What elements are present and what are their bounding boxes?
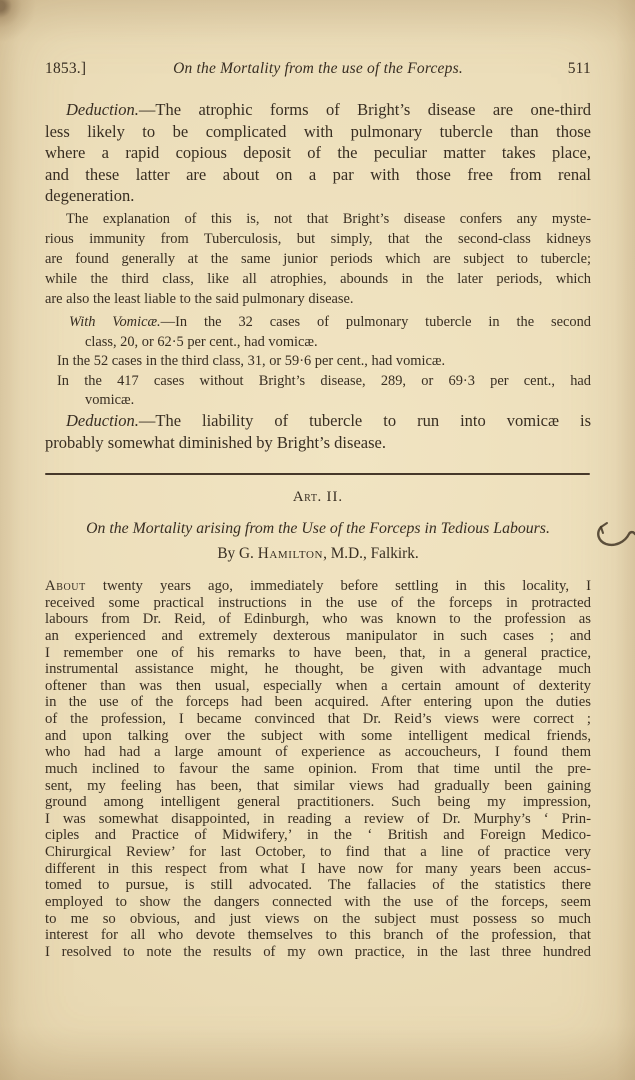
text-line: tomed to pursue, is still advocated. The… bbox=[45, 877, 591, 894]
text-run: —The liability of tubercle to run into v… bbox=[139, 411, 591, 430]
text-line: are also the least liable to the said pu… bbox=[45, 289, 591, 309]
text-run: much inclined to favour the same opinion… bbox=[45, 761, 591, 777]
text-run: different in this respect from what I ha… bbox=[45, 861, 591, 877]
text-run: , M.D., Falkirk. bbox=[323, 545, 419, 562]
text-run: —The atrophic forms of Bright’s disease … bbox=[139, 100, 591, 119]
text-line: rious immunity from Tuberculosis, but si… bbox=[45, 229, 591, 249]
text-line: much inclined to favour the same opinion… bbox=[45, 761, 591, 778]
text-run: received some practical instructions in … bbox=[45, 595, 591, 611]
text-line: I resolved to note the results of my own… bbox=[45, 944, 591, 961]
text-run: and these latter are about on a par with… bbox=[45, 165, 591, 184]
handwritten-pen-mark bbox=[594, 520, 635, 552]
text-line: different in this respect from what I ha… bbox=[45, 861, 591, 878]
text-run: to me so obvious, and just views on the … bbox=[45, 911, 591, 927]
italic-text: Deduction. bbox=[66, 100, 139, 119]
article-body: About twenty years ago, immediately befo… bbox=[45, 578, 591, 960]
text-line: labours from Dr. Reid, of Edinburgh, who… bbox=[45, 611, 591, 628]
text-line: employed to show the dangers connected w… bbox=[45, 894, 591, 911]
text-line: I was somewhat disappointed, in reading … bbox=[45, 811, 591, 828]
text-run: In the 417 cases without Bright’s diseas… bbox=[57, 373, 591, 389]
text-run: labours from Dr. Reid, of Edinburgh, who… bbox=[45, 611, 591, 627]
text-run: instrumental assistance might, he though… bbox=[45, 661, 591, 677]
text-line: On the Mortality arising from the Use of… bbox=[45, 520, 591, 538]
running-head: 1853.] On the Mortality from the use of … bbox=[45, 60, 591, 78]
text-line: degeneration. bbox=[45, 185, 591, 207]
text-run: ciples and Practice of Midwifery,’ in th… bbox=[45, 827, 591, 843]
text-run: and upon talking over the subject with s… bbox=[45, 728, 591, 744]
text-line: of the profession, I became convinced th… bbox=[45, 711, 591, 728]
article-byline: By G. Hamilton, M.D., Falkirk. bbox=[45, 545, 591, 563]
text-line: interest for all who devote themselves t… bbox=[45, 927, 591, 944]
text-line: ground among intelligent general practit… bbox=[45, 794, 591, 811]
text-run: II. bbox=[322, 489, 343, 505]
scanned-journal-page: 1853.] On the Mortality from the use of … bbox=[0, 0, 635, 1080]
text-run: I remember one of his remarks to have be… bbox=[45, 645, 591, 661]
text-line: The explanation of this is, not that Bri… bbox=[45, 209, 591, 229]
text-run: ground among intelligent general practit… bbox=[45, 794, 591, 810]
text-run: rious immunity from Tuberculosis, but si… bbox=[45, 231, 591, 247]
text-run: degeneration. bbox=[45, 186, 134, 205]
section-divider-rule bbox=[45, 473, 590, 475]
explanation-paragraph: The explanation of this is, not that Bri… bbox=[45, 209, 591, 309]
text-line: in the use of the forceps had been acqui… bbox=[45, 694, 591, 711]
article-heading: Art. II. bbox=[45, 489, 591, 506]
text-line: are found generally at the same junior p… bbox=[45, 249, 591, 269]
text-line: Art. II. bbox=[45, 489, 591, 506]
text-line: vomicæ. bbox=[57, 391, 591, 411]
text-run: while the third class, like all atrophie… bbox=[45, 271, 591, 287]
pen-mark-tip bbox=[601, 523, 607, 533]
text-run: employed to show the dangers connected w… bbox=[45, 894, 591, 910]
text-line: With Vomicæ.—In the 32 cases of pulmonar… bbox=[57, 313, 591, 333]
text-line: to me so obvious, and just views on the … bbox=[45, 911, 591, 928]
text-run: By G. bbox=[217, 545, 257, 562]
text-line: Deduction.—The liability of tubercle to … bbox=[45, 410, 591, 432]
text-line: instrumental assistance might, he though… bbox=[45, 661, 591, 678]
text-run: are also the least liable to the said pu… bbox=[45, 291, 354, 307]
text-run: sent, my feeling has been, that similar … bbox=[45, 778, 591, 794]
text-line: less likely to be complicated with pulmo… bbox=[45, 121, 591, 143]
text-line: Chirurgical Review’ for last October, to… bbox=[45, 844, 591, 861]
smallcaps-text: Hamilton bbox=[258, 545, 323, 562]
italic-text: With Vomicæ. bbox=[69, 314, 161, 330]
text-line: By G. Hamilton, M.D., Falkirk. bbox=[45, 545, 591, 563]
text-run: of the profession, I became convinced th… bbox=[45, 711, 591, 727]
text-line: oftener than was then usual, especially … bbox=[45, 678, 591, 695]
smallcaps-text: About bbox=[45, 578, 86, 594]
text-run: Chirurgical Review’ for last October, to… bbox=[45, 844, 591, 860]
text-line: and upon talking over the subject with s… bbox=[45, 728, 591, 745]
text-run: oftener than was then usual, especially … bbox=[45, 678, 591, 694]
text-line: probably somewhat diminished by Bright’s… bbox=[45, 432, 591, 454]
italic-text: On the Mortality arising from the Use of… bbox=[86, 520, 550, 537]
deduction-paragraph-2: Deduction.—The liability of tubercle to … bbox=[45, 410, 591, 453]
text-line: received some practical instructions in … bbox=[45, 595, 591, 612]
deduction-paragraph-1: Deduction.—The atrophic forms of Bright’… bbox=[45, 99, 591, 207]
smallcaps-text: Art. bbox=[293, 489, 322, 505]
text-run: an experienced and extremely dexterous m… bbox=[45, 628, 591, 644]
running-head-page-number: 511 bbox=[505, 60, 591, 78]
text-line: Deduction.—The atrophic forms of Bright’… bbox=[45, 99, 591, 121]
running-head-year: 1853.] bbox=[45, 60, 131, 78]
text-run: probably somewhat diminished by Bright’s… bbox=[45, 433, 386, 452]
text-line: In the 52 cases in the third class, 31, … bbox=[57, 352, 591, 372]
article-title: On the Mortality arising from the Use of… bbox=[45, 520, 591, 538]
text-run: less likely to be complicated with pulmo… bbox=[45, 122, 591, 141]
vomicae-note: With Vomicæ.—In the 32 cases of pulmonar… bbox=[45, 313, 591, 411]
text-run: in the use of the forceps had been acqui… bbox=[45, 694, 591, 710]
text-line: who had had a large amount of experience… bbox=[45, 744, 591, 761]
text-line: and these latter are about on a par with… bbox=[45, 164, 591, 186]
text-line: class, 20, or 62·5 per cent., had vomicæ… bbox=[57, 333, 591, 353]
text-line: About twenty years ago, immediately befo… bbox=[45, 578, 591, 595]
text-run: interest for all who devote themselves t… bbox=[45, 927, 591, 943]
text-line: sent, my feeling has been, that similar … bbox=[45, 778, 591, 795]
text-run: are found generally at the same junior p… bbox=[45, 251, 591, 267]
text-run: —In the 32 cases of pulmonary tubercle i… bbox=[161, 314, 591, 330]
text-line: I remember one of his remarks to have be… bbox=[45, 645, 591, 662]
text-run: twenty years ago, immediately before set… bbox=[86, 578, 591, 594]
text-run: who had had a large amount of experience… bbox=[45, 744, 591, 760]
text-line: ciples and Practice of Midwifery,’ in th… bbox=[45, 827, 591, 844]
text-run: The explanation of this is, not that Bri… bbox=[66, 211, 591, 227]
text-run: where a rapid copious deposit of the pec… bbox=[45, 143, 591, 162]
text-run: I resolved to note the results of my own… bbox=[45, 944, 591, 960]
text-run: In the 52 cases in the third class, 31, … bbox=[57, 353, 445, 369]
pen-mark-stroke bbox=[598, 527, 635, 545]
text-run: I was somewhat disappointed, in reading … bbox=[45, 811, 591, 827]
text-line: an experienced and extremely dexterous m… bbox=[45, 628, 591, 645]
italic-text: Deduction. bbox=[66, 411, 139, 430]
text-run: vomicæ. bbox=[85, 392, 134, 408]
text-line: where a rapid copious deposit of the pec… bbox=[45, 142, 591, 164]
text-line: while the third class, like all atrophie… bbox=[45, 269, 591, 289]
text-run: class, 20, or 62·5 per cent., had vomicæ… bbox=[85, 334, 318, 350]
text-line: In the 417 cases without Bright’s diseas… bbox=[57, 372, 591, 392]
text-run: tomed to pursue, is still advocated. The… bbox=[45, 877, 591, 893]
running-head-title: On the Mortality from the use of the For… bbox=[131, 60, 505, 78]
